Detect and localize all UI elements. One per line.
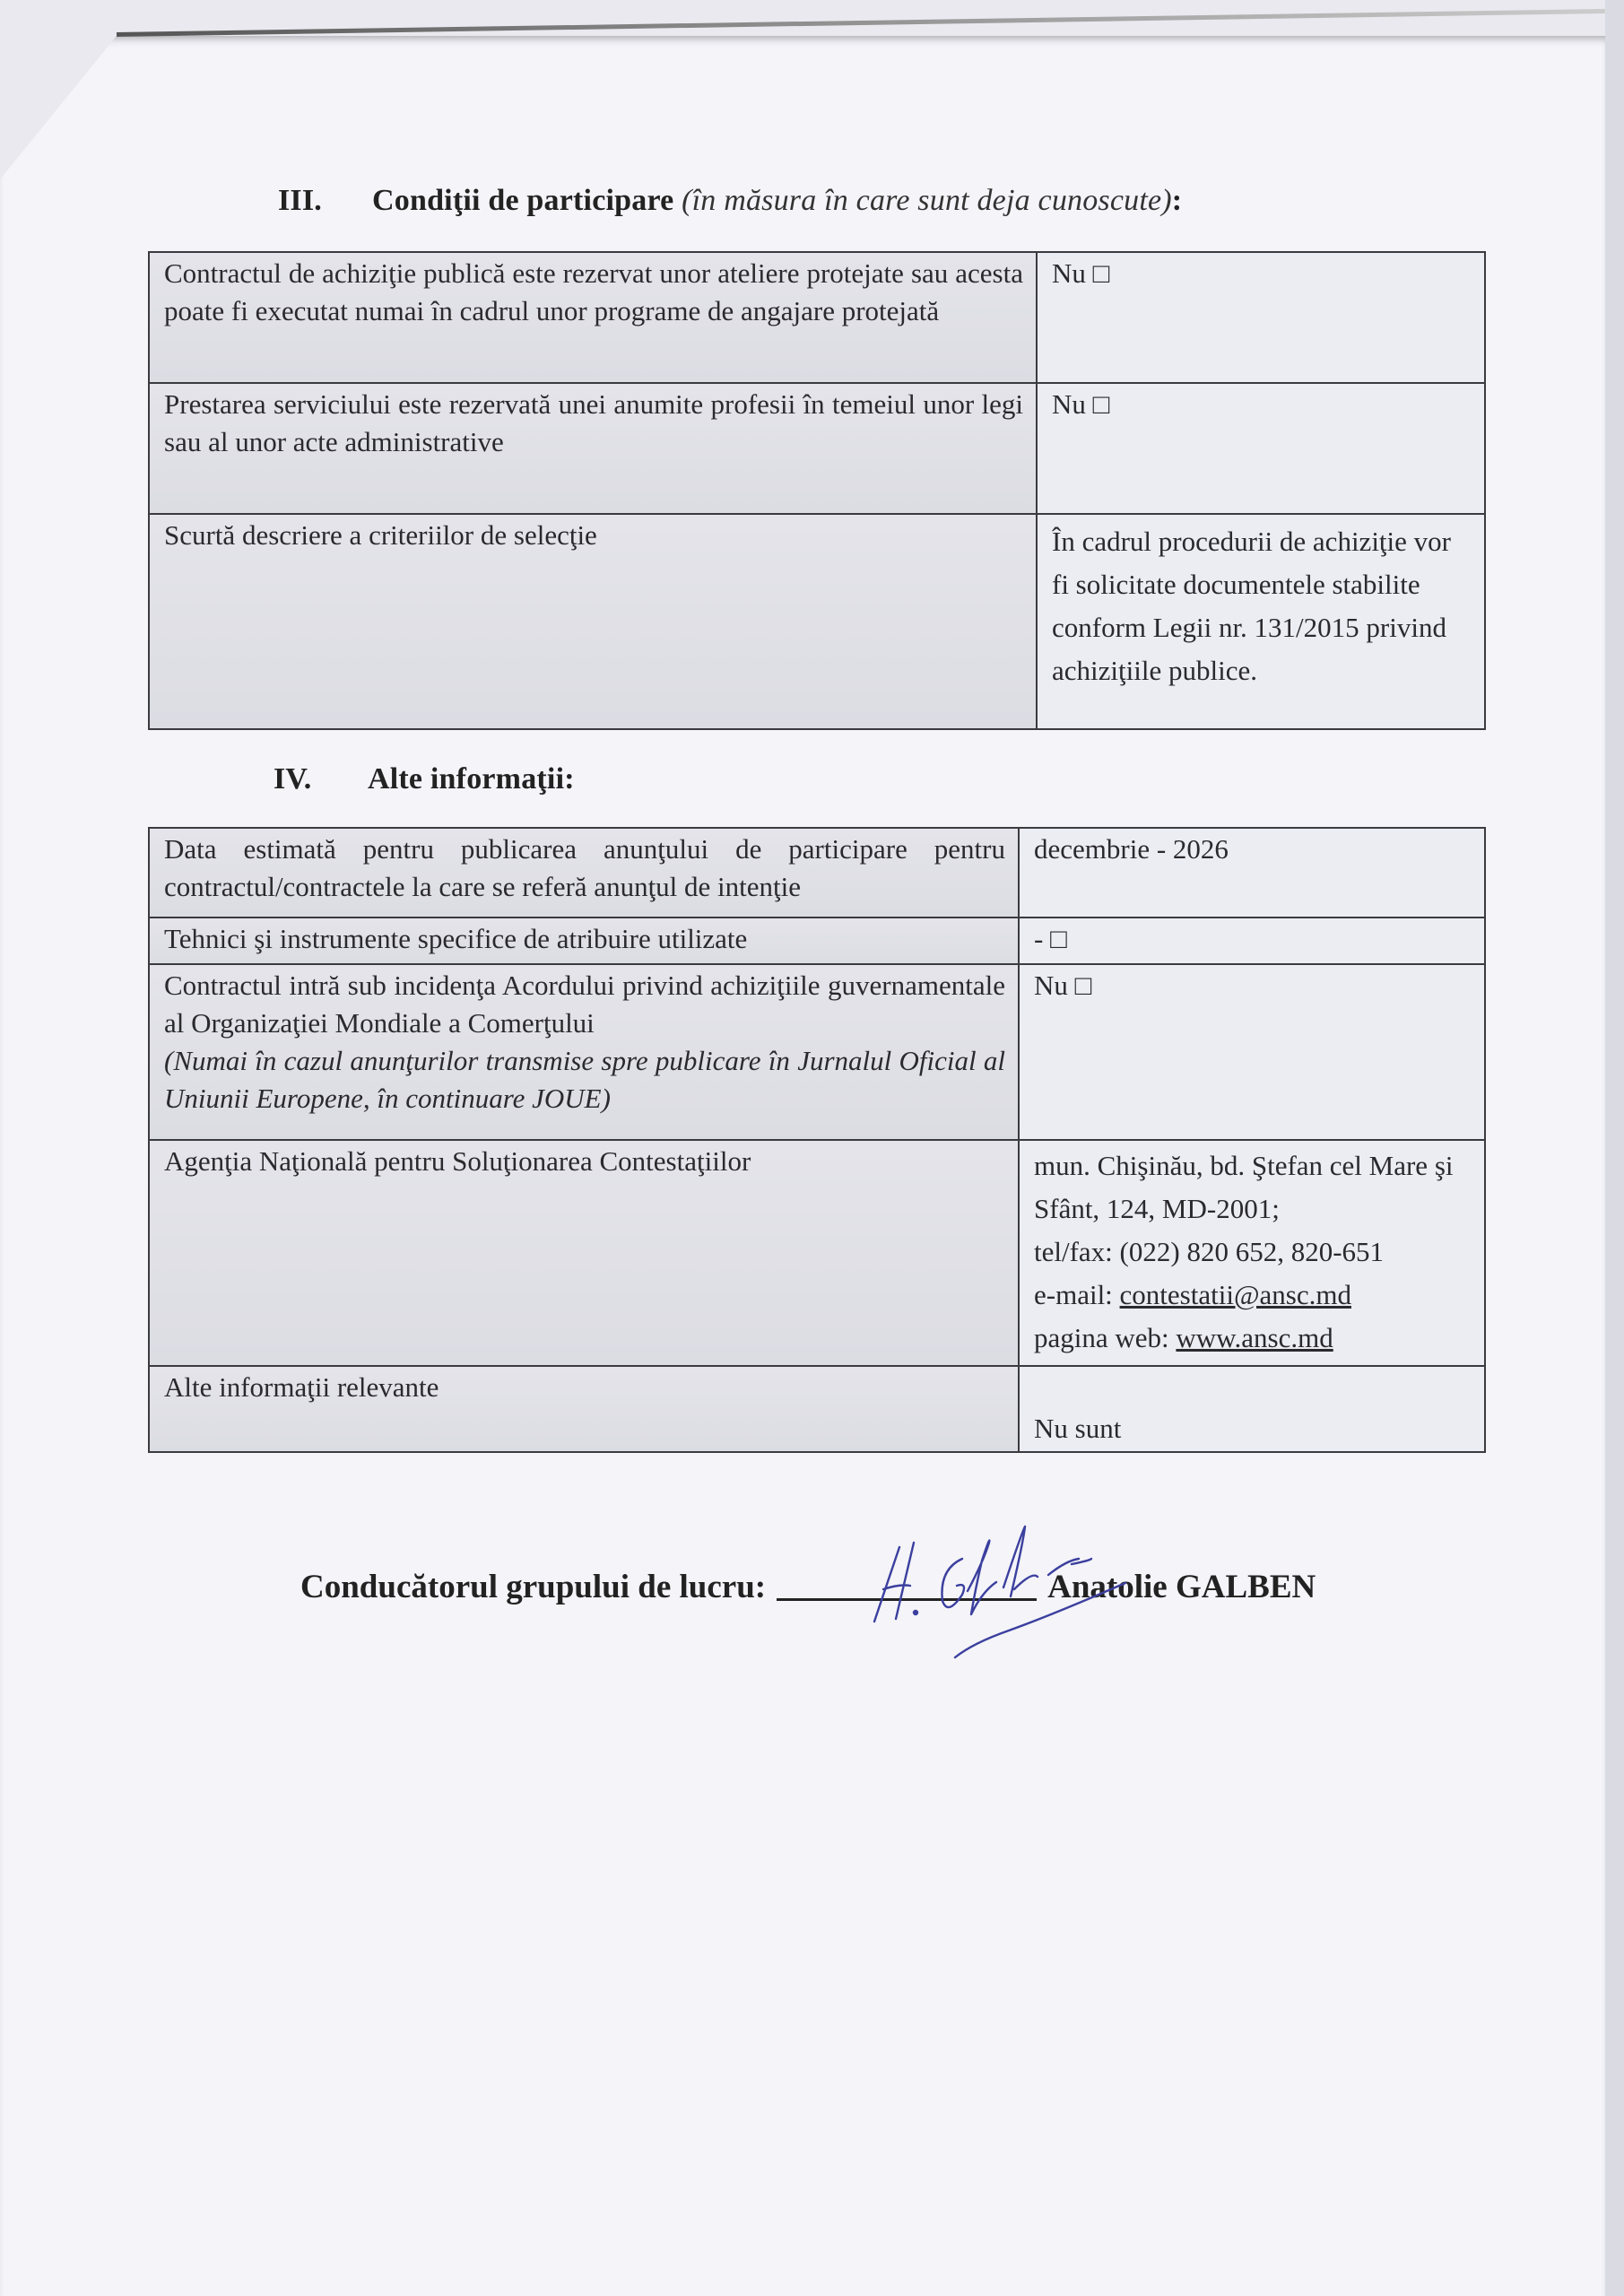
section-3-title: Condiţii de participare — [372, 184, 673, 217]
ansc-address: mun. Chişinău, bd. Ştefan cel Mare şi Sf… — [1034, 1150, 1454, 1224]
row-label: Prestarea serviciului este rezervată une… — [149, 383, 1037, 514]
row-value: În cadrul procedurii de achiziţie vor fi… — [1037, 514, 1485, 729]
table-row: Contractul de achiziţie publică este rez… — [149, 252, 1485, 383]
table-row: Alte informaţii relevante Nu sunt — [149, 1366, 1485, 1452]
gpa-note: (Numai în cazul anunţurilor transmise sp… — [164, 1045, 1005, 1114]
row-value: - □ — [1019, 918, 1485, 964]
row-value: Nu sunt — [1019, 1366, 1485, 1452]
table-row: Contractul intră sub incidenţa Acordului… — [149, 964, 1485, 1140]
row-label: Contractul de achiziţie publică este rez… — [149, 252, 1037, 383]
handwritten-signature — [856, 1507, 1161, 1659]
table-row: Tehnici şi instrumente specifice de atri… — [149, 918, 1485, 964]
row-value: Nu □ — [1037, 252, 1485, 383]
row-label: Scurtă descriere a criteriilor de selecţ… — [149, 514, 1037, 729]
section-3-number: III. — [278, 184, 372, 218]
row-value: decembrie - 2026 — [1019, 828, 1485, 918]
other-info-table: Data estimată pentru publicarea anunţulu… — [148, 827, 1486, 1453]
signatory-role: Conducătorul grupului de lucru: — [300, 1568, 766, 1606]
ansc-email-link[interactable]: contestatii@ansc.md — [1120, 1279, 1351, 1310]
gpa-label: Contractul intră sub incidenţa Acordului… — [164, 970, 1005, 1039]
table-row: Data estimată pentru publicarea anunţulu… — [149, 828, 1485, 918]
signature-block: Conducătorul grupului de lucru: Anatolie… — [300, 1568, 1316, 1606]
table-row: Prestarea serviciului este rezervată une… — [149, 383, 1485, 514]
row-label: Contractul intră sub incidenţa Acordului… — [149, 964, 1019, 1140]
row-label: Agenţia Naţională pentru Soluţionarea Co… — [149, 1140, 1019, 1366]
section-3-heading: III.Condiţii de participare (în măsura î… — [278, 184, 1182, 218]
section-4-heading: IV.Alte informaţii: — [274, 762, 575, 796]
row-label: Alte informaţii relevante — [149, 1366, 1019, 1452]
table-row: Agenţia Naţională pentru Soluţionarea Co… — [149, 1140, 1485, 1366]
ansc-phone: tel/fax: (022) 820 652, 820-651 — [1034, 1236, 1384, 1267]
row-value: Nu □ — [1019, 964, 1485, 1140]
row-value: Nu □ — [1037, 383, 1485, 514]
table-row: Scurtă descriere a criteriilor de selecţ… — [149, 514, 1485, 729]
scan-border — [1605, 0, 1624, 2296]
section-4-number: IV. — [274, 762, 368, 796]
ansc-web-link[interactable]: www.ansc.md — [1176, 1322, 1333, 1353]
section-3-subtitle: (în măsura în care sunt deja cunoscute) — [682, 184, 1172, 217]
row-label: Tehnici şi instrumente specifice de atri… — [149, 918, 1019, 964]
section-4-title: Alte informaţii: — [368, 762, 575, 796]
ansc-contact: mun. Chişinău, bd. Ştefan cel Mare şi Sf… — [1019, 1140, 1485, 1366]
participation-conditions-table: Contractul de achiziţie publică este rez… — [148, 251, 1486, 730]
page-fold-edge — [117, 9, 1605, 37]
row-label: Data estimată pentru publicarea anunţulu… — [149, 828, 1019, 918]
